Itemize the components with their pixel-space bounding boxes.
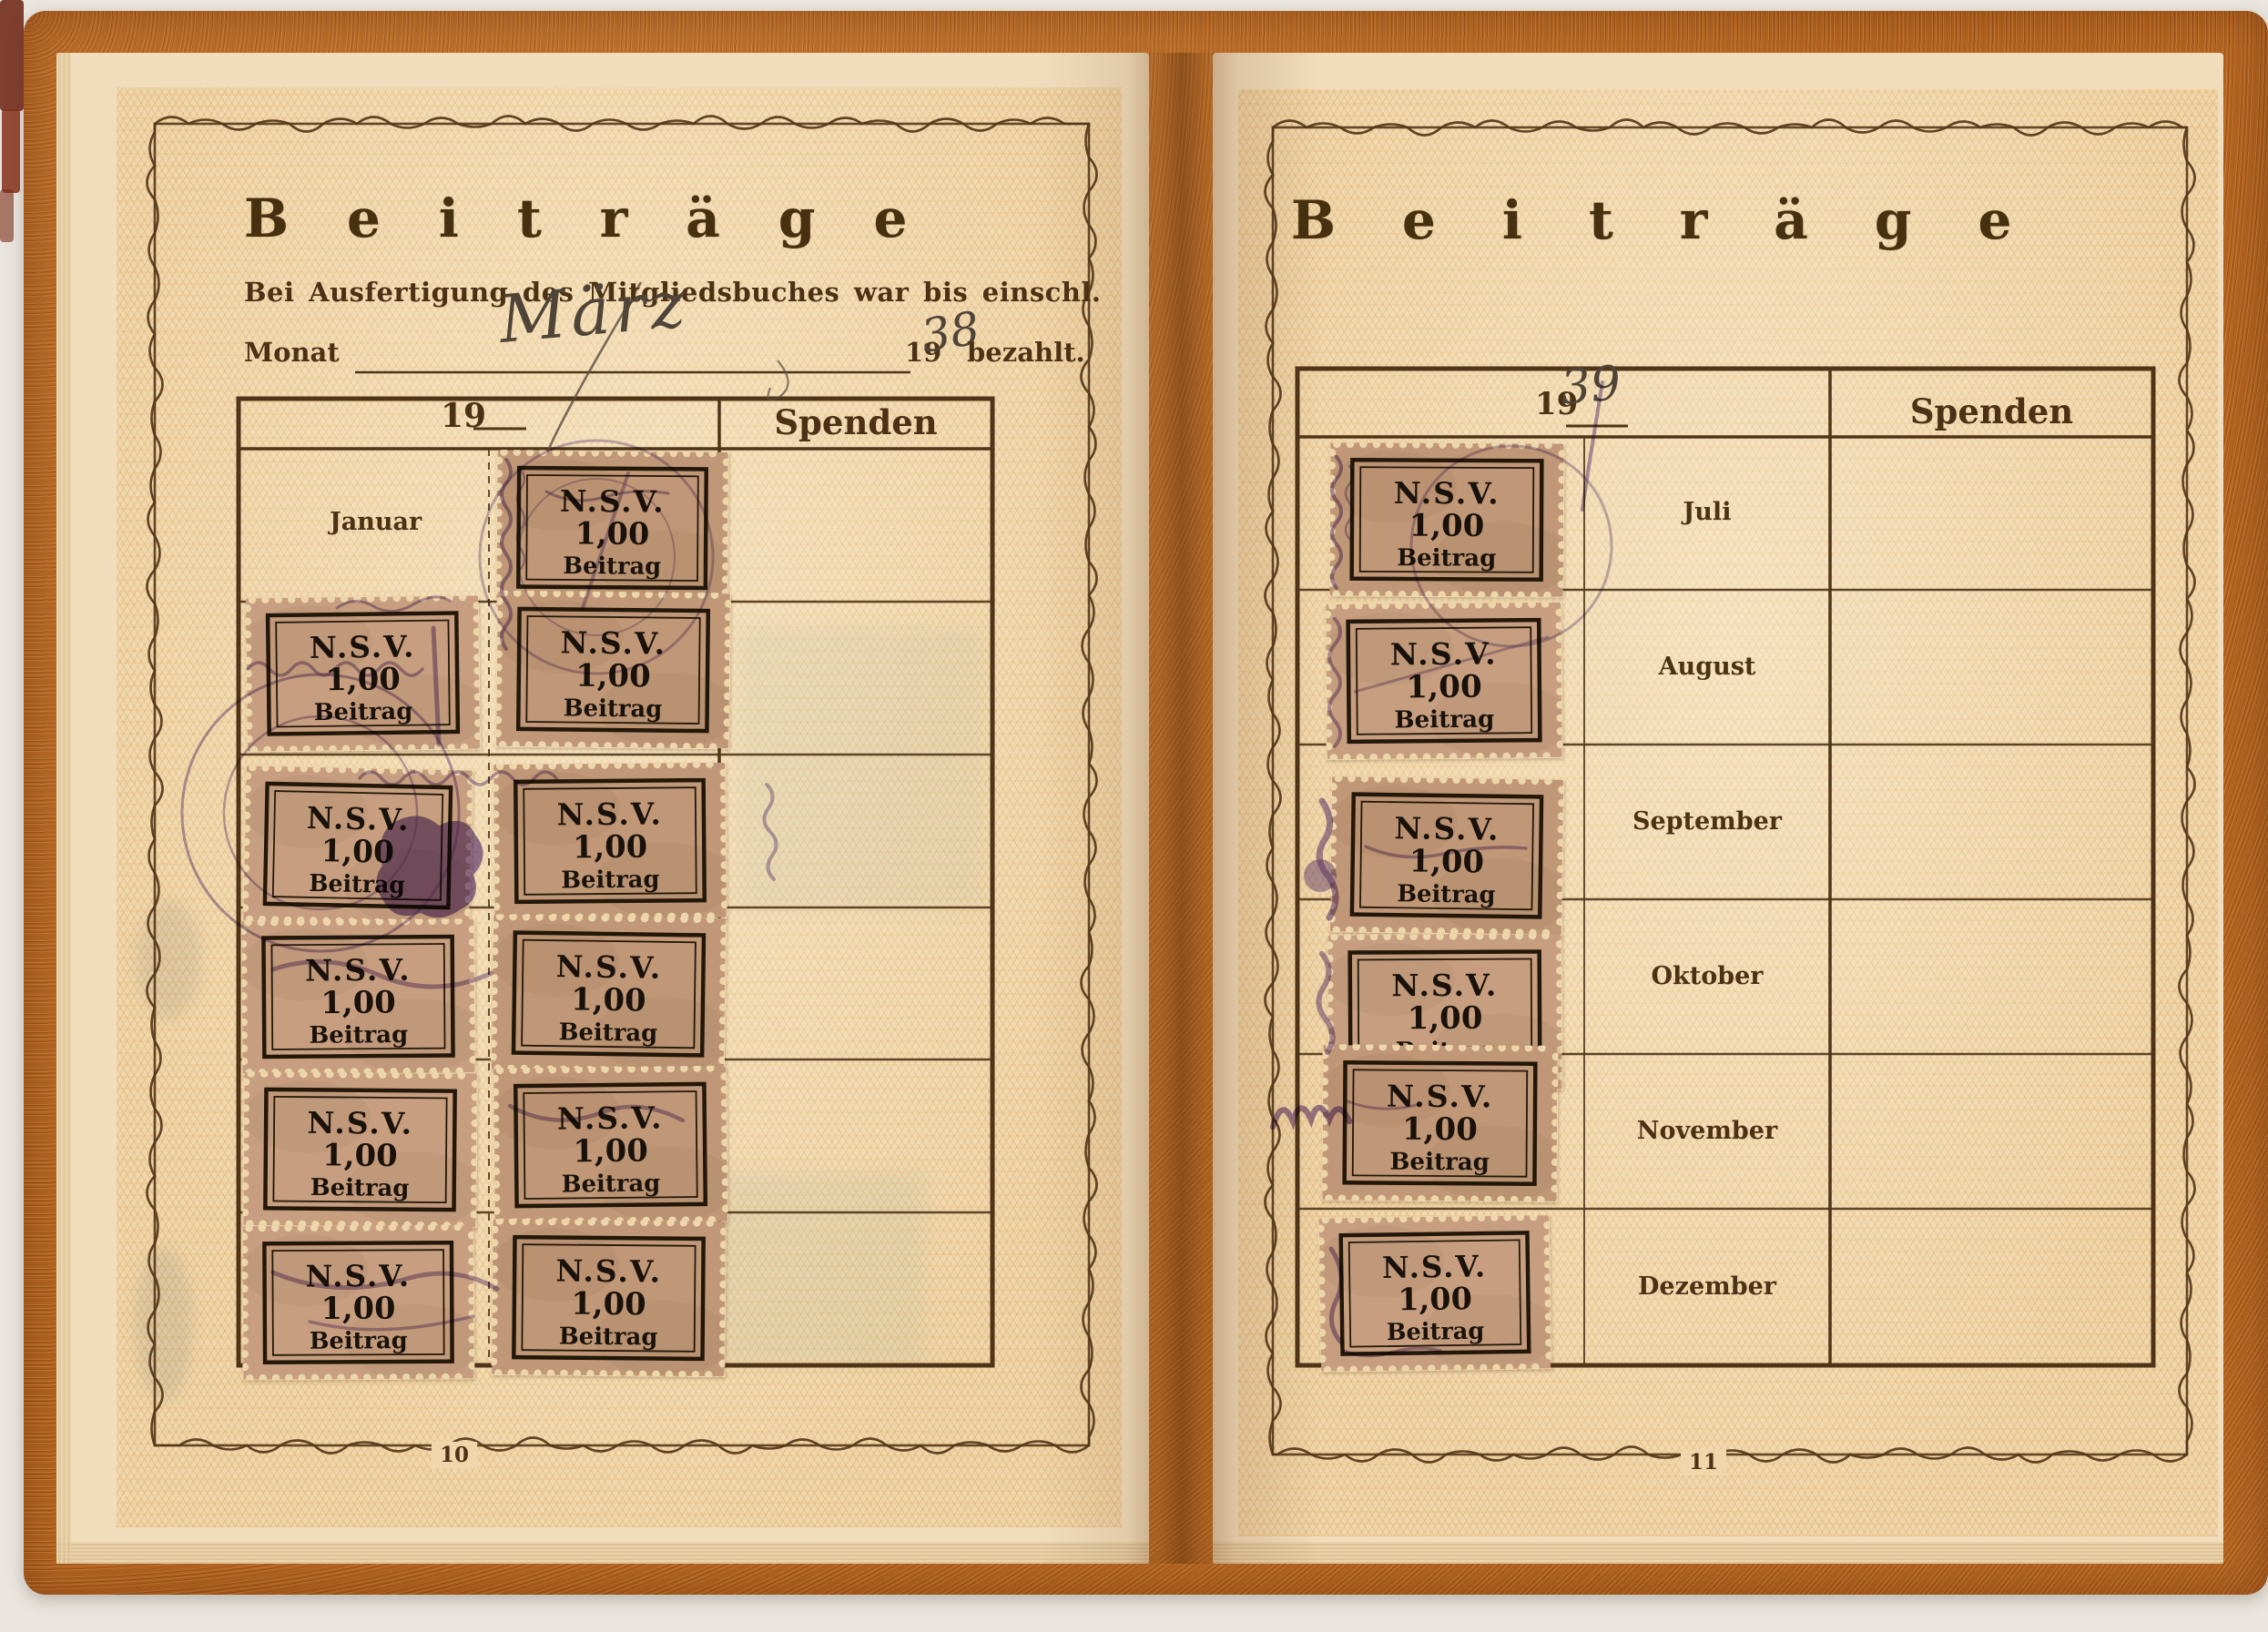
membership-dues-stamp: N.S.V.1,00Beitrag (495, 591, 731, 750)
svg-text:Beitrag: Beitrag (1387, 1318, 1485, 1347)
svg-text:1,00: 1,00 (571, 1286, 646, 1323)
spenden-header-left: Spenden (719, 402, 992, 442)
svg-text:1,00: 1,00 (1402, 1111, 1478, 1149)
cover-edge-mark (2, 109, 20, 193)
show-through-tint (737, 628, 983, 910)
svg-text:N.S.V.: N.S.V. (1391, 968, 1498, 1004)
svg-text:N.S.V.: N.S.V. (557, 796, 663, 832)
handwritten-year-right: 39 (1559, 356, 1623, 416)
bezahlt-label: bezahlt. (967, 337, 1085, 368)
svg-text:N.S.V.: N.S.V. (1390, 636, 1498, 673)
svg-text:Beitrag: Beitrag (563, 552, 661, 581)
svg-text:1,00: 1,00 (571, 981, 646, 1019)
membership-dues-stamp: N.S.V.1,00Beitrag (240, 918, 475, 1075)
svg-text:1,00: 1,00 (320, 984, 396, 1020)
svg-text:1,00: 1,00 (1408, 1000, 1483, 1037)
svg-text:Beitrag: Beitrag (561, 1170, 660, 1198)
svg-text:1,00: 1,00 (1406, 669, 1482, 706)
membership-dues-stamp: N.S.V.1,00Beitrag (493, 762, 727, 920)
cover-edge-mark (0, 189, 14, 242)
svg-text:Beitrag: Beitrag (1397, 544, 1496, 572)
svg-text:Beitrag: Beitrag (309, 1021, 408, 1049)
svg-text:1,00: 1,00 (573, 828, 647, 866)
month-label-januar: Januar (330, 508, 422, 536)
svg-text:Beitrag: Beitrag (564, 694, 663, 723)
svg-text:N.S.V.: N.S.V. (555, 1252, 662, 1289)
svg-text:1,00: 1,00 (1398, 1281, 1472, 1317)
month-label-november: November (1584, 1117, 1830, 1145)
svg-text:Beitrag: Beitrag (309, 870, 405, 900)
svg-text:Beitrag: Beitrag (310, 1174, 410, 1202)
svg-text:Beitrag: Beitrag (1397, 880, 1496, 909)
svg-text:N.S.V.: N.S.V. (1387, 1079, 1494, 1115)
membership-dues-stamp: N.S.V.1,00Beitrag (242, 1224, 475, 1380)
monat-label: Monat (244, 337, 340, 368)
svg-text:N.S.V.: N.S.V. (555, 948, 662, 986)
svg-text:N.S.V.: N.S.V. (557, 1100, 664, 1136)
page-title-right: Beiträge (1291, 189, 2078, 251)
gutter-shadow (1127, 53, 1236, 1564)
pencil-smudge (137, 901, 200, 1019)
page-number-right: 11 (1681, 1449, 1726, 1475)
svg-text:Beitrag: Beitrag (314, 698, 413, 726)
page-edge-stack (1213, 1542, 2223, 1564)
svg-text:1,00: 1,00 (320, 833, 394, 870)
svg-text:Beitrag: Beitrag (1394, 705, 1494, 735)
svg-text:1,00: 1,00 (1409, 507, 1484, 543)
table-year-header-left: 19 (441, 397, 486, 435)
month-label-juli: Juli (1584, 498, 1830, 526)
membership-dues-stamp: N.S.V.1,00Beitrag (242, 1071, 477, 1228)
svg-text:N.S.V.: N.S.V. (1394, 475, 1500, 511)
page-title-left: Beiträge (244, 188, 965, 249)
svg-text:1,00: 1,00 (575, 515, 649, 552)
svg-text:Beitrag: Beitrag (559, 1323, 658, 1351)
membership-dues-stamp: N.S.V.1,00Beitrag (1321, 1044, 1558, 1202)
membership-dues-stamp: N.S.V.1,00Beitrag (491, 1219, 726, 1377)
month-label-august: August (1584, 653, 1830, 681)
membership-dues-stamp: N.S.V.1,00Beitrag (495, 450, 728, 606)
month-label-september: September (1584, 807, 1830, 836)
svg-text:1,00: 1,00 (575, 658, 651, 695)
svg-text:Beitrag: Beitrag (1389, 1149, 1490, 1177)
svg-text:Beitrag: Beitrag (310, 1327, 408, 1355)
svg-text:1,00: 1,00 (325, 660, 401, 697)
cover-corner-mark (0, 0, 24, 111)
svg-text:Beitrag: Beitrag (561, 866, 659, 894)
membership-dues-stamp: N.S.V.1,00Beitrag (491, 914, 727, 1074)
svg-text:Beitrag: Beitrag (558, 1019, 657, 1048)
membership-dues-stamp: N.S.V.1,00Beitrag (1329, 441, 1565, 597)
svg-text:N.S.V.: N.S.V. (560, 624, 666, 661)
membership-dues-stamp: N.S.V.1,00Beitrag (493, 1066, 728, 1225)
membership-dues-stamp: N.S.V.1,00Beitrag (1329, 775, 1564, 936)
spenden-header-right: Spenden (1830, 391, 2153, 431)
membership-dues-stamp: N.S.V.1,00Beitrag (245, 594, 481, 752)
svg-text:1,00: 1,00 (573, 1133, 648, 1171)
page-edge-stack (56, 53, 71, 1564)
month-label-oktober: Oktober (1584, 962, 1830, 990)
month-label-dezember: Dezember (1584, 1272, 1830, 1301)
membership-dues-stamp: N.S.V.1,00Beitrag (242, 765, 473, 926)
svg-text:N.S.V.: N.S.V. (1382, 1248, 1488, 1285)
svg-text:N.S.V.: N.S.V. (305, 952, 412, 988)
pencil-smudge (135, 1247, 193, 1402)
svg-text:1,00: 1,00 (1409, 842, 1485, 879)
membership-dues-stamp: N.S.V.1,00Beitrag (1318, 1214, 1551, 1373)
page-edge-stack (56, 1542, 1149, 1564)
svg-text:1,00: 1,00 (321, 1290, 396, 1326)
svg-text:1,00: 1,00 (322, 1137, 398, 1174)
svg-text:N.S.V.: N.S.V. (305, 1258, 411, 1294)
scanned-membership-book-spread: Beiträge Bei Ausfertigung des Mitgliedsb… (0, 0, 2268, 1632)
membership-dues-stamp: N.S.V.1,00Beitrag (1325, 602, 1562, 760)
page-number-left: 10 (432, 1442, 477, 1468)
